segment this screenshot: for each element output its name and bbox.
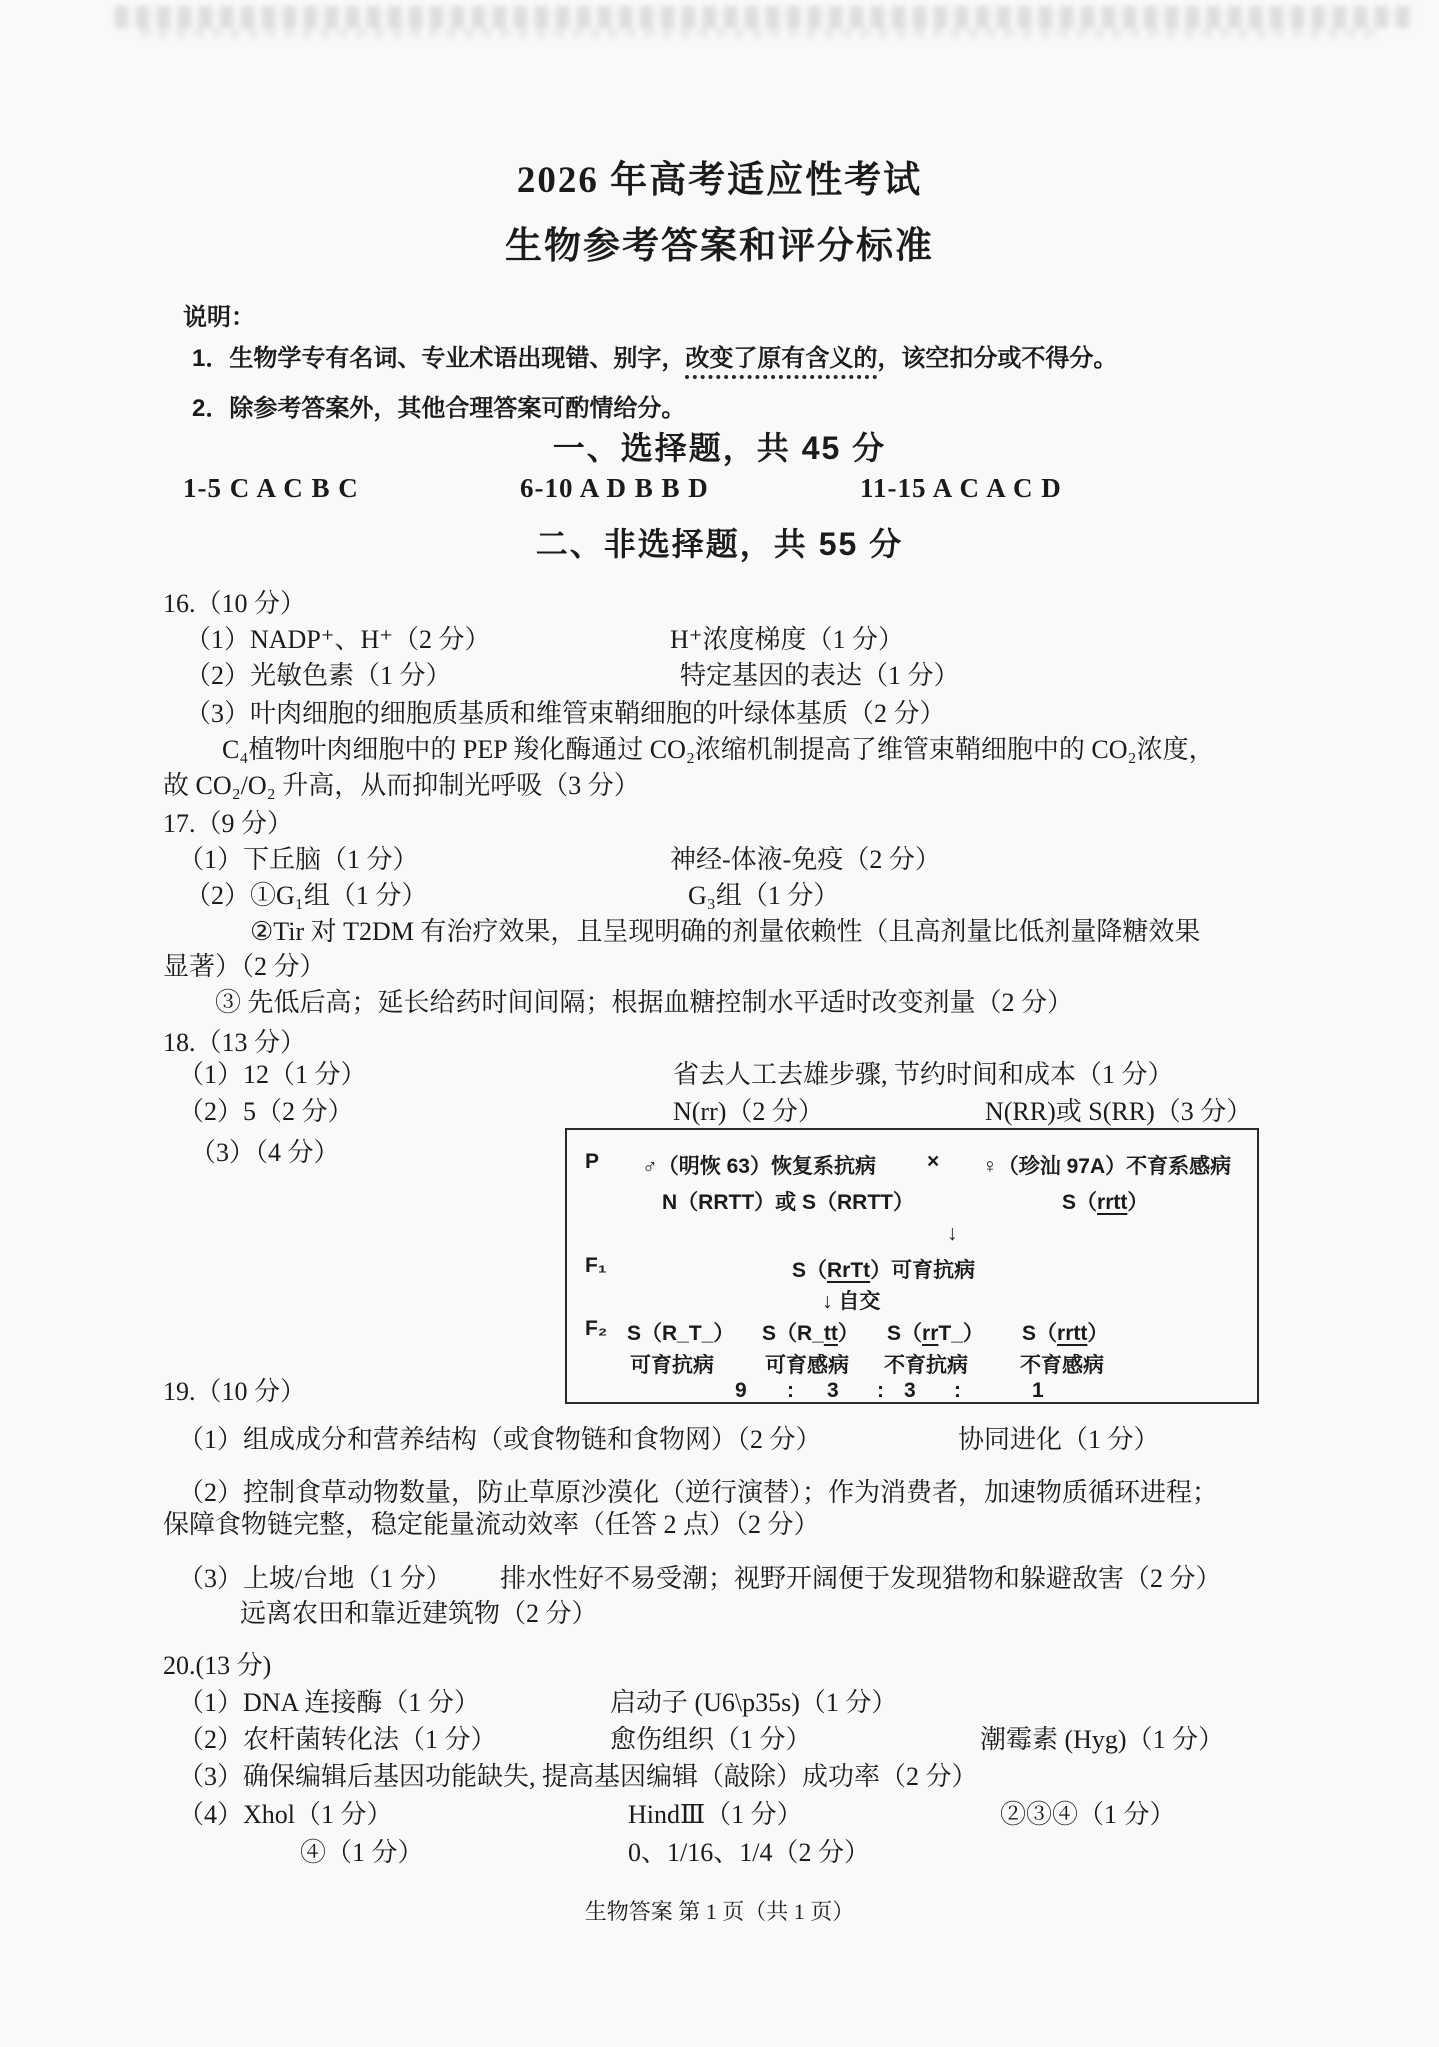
q19-label: 19.（10 分） — [163, 1376, 306, 1409]
q19-ans-1-right: 协同进化（1 分） — [958, 1424, 1160, 1457]
q20-ans-5-left: ④（1 分） — [300, 1837, 424, 1870]
ratio-colon-2: : — [877, 1379, 884, 1403]
f2-phenotype-3: 不育抗病 — [884, 1349, 968, 1379]
section-2-heading: 二、非选择题，共 55 分 — [0, 524, 1439, 564]
q20-ans-1-left: （1）DNA 连接酶（1 分） — [178, 1687, 480, 1720]
q20-ans-2-right: 潮霉素 (Hyg)（1 分） — [980, 1724, 1224, 1757]
answer-sheet-page: 2026 年高考适应性考试 生物参考答案和评分标准 说明： 1．生物学专有名词、… — [0, 0, 1439, 2047]
q19-ans-3-right: 排水性好不易受潮；视野开阔便于发现猎物和躲避敌害（2 分） — [500, 1563, 1222, 1596]
ratio-1: 1 — [1032, 1379, 1044, 1403]
ratio-9: 9 — [735, 1379, 747, 1403]
q18-ans-2-left: （2）5（2 分） — [178, 1096, 354, 1129]
q20-ans-2-mid: 愈伤组织（1 分） — [610, 1724, 812, 1757]
f1-label: F₁ — [585, 1254, 607, 1278]
f1-genotype-alleles: RrTt — [827, 1259, 870, 1282]
q16-ans-1-right: H⁺浓度梯度（1 分） — [670, 624, 904, 657]
page-title-line2: 生物参考答案和评分标准 — [0, 224, 1439, 270]
q20-ans-5-right: 0、1/16、1/4（2 分） — [628, 1837, 870, 1870]
q16-label: 16.（10 分） — [163, 588, 306, 621]
down-arrow-icon: ↓ — [947, 1222, 958, 1246]
f2-g3-post: T_） — [938, 1322, 984, 1345]
female-genotype-pre: S（ — [1062, 1191, 1097, 1214]
q16-para-line1: C₄植物叶肉细胞中的 PEP 羧化酶通过 CO₂浓缩机制提高了维管束鞘细胞中的 … — [222, 734, 1215, 767]
q20-ans-4-right: ②③④（1 分） — [1000, 1799, 1176, 1832]
q18-ans-2-right: N(RR)或 S(RR)（3 分） — [985, 1096, 1252, 1129]
q20-ans-3: （3）确保编辑后基因功能缺失, 提高基因编辑（敲除）成功率（2 分） — [178, 1761, 978, 1794]
f1-genotype-post: ）可育抗病 — [870, 1259, 975, 1282]
note-item-2: 2．除参考答案外，其他合理答案可酌情给分。 — [192, 394, 685, 424]
q17-ans-3: ③ 先低后高；延长给药时间间隔；根据血糖控制水平适时改变剂量（2 分） — [215, 987, 1073, 1020]
q16-ans-3: （3）叶肉细胞的细胞质基质和维管束鞘细胞的叶绿体基质（2 分） — [185, 698, 946, 731]
q19-ans-3-left: （3）上坡/台地（1 分） — [178, 1563, 452, 1596]
f2-genotype-4: S（rrtt） — [1022, 1317, 1108, 1347]
ratio-colon-3: : — [954, 1379, 961, 1403]
f2-g2-alleles: tt — [824, 1322, 838, 1345]
notes-heading: 说明： — [183, 303, 255, 333]
note-1-prefix: 1．生物学专有名词、专业术语出现错、别字， — [192, 345, 685, 372]
f2-g1-pre: S（R_T_） — [627, 1322, 734, 1345]
cross-p-label: P — [585, 1150, 599, 1174]
f2-g4-alleles: rrtt — [1057, 1322, 1087, 1345]
mc-answers-1-5: 1-5 C A C B C — [183, 472, 359, 506]
f2-g3-alleles: rr — [922, 1322, 938, 1345]
q17-ans-1-left: （1）下丘脑（1 分） — [178, 844, 419, 877]
section-1-heading: 一、选择题，共 45 分 — [0, 428, 1439, 468]
f2-phenotype-1: 可育抗病 — [630, 1349, 714, 1379]
mc-answers-6-10: 6-10 A D B B D — [520, 472, 709, 506]
q16-para-line2: 故 CO₂/O₂ 升高，从而抑制光呼吸（3 分） — [163, 770, 640, 803]
female-genotype: S（rrtt） — [1062, 1186, 1148, 1216]
page-title-line1: 2026 年高考适应性考试 — [0, 158, 1439, 204]
f2-phenotype-2: 可育感病 — [765, 1349, 849, 1379]
note-item-1: 1．生物学专有名词、专业术语出现错、别字，改变了原有含义的，该空扣分或不得分。 — [192, 344, 1117, 374]
mc-answers-11-15: 11-15 A C A C D — [860, 472, 1062, 506]
q19-ans-1-left: （1）组成成分和营养结构（或食物链和食物网）（2 分） — [178, 1424, 822, 1457]
f2-g4-post: ） — [1087, 1322, 1108, 1345]
q20-ans-4-left: （4）Xhol（1 分） — [178, 1799, 393, 1832]
q19-ans-2-line2: 保障食物链完整，稳定能量流动效率（任答 2 点）（2 分） — [163, 1509, 820, 1542]
male-genotype: N（RRTT）或 S（RRTT） — [662, 1186, 914, 1216]
cross-symbol: × — [927, 1150, 939, 1174]
q20-label: 20.(13 分) — [163, 1650, 271, 1683]
note-1-emphasized: 改变了原有含义的 — [685, 345, 877, 379]
q18-ans-2-mid: N(rr)（2 分） — [673, 1096, 824, 1129]
q16-ans-2-right: 特定基因的表达（1 分） — [680, 660, 960, 693]
q19-ans-3-line2: 远离农田和靠近建筑物（2 分） — [240, 1598, 598, 1631]
q18-label: 18.（13 分） — [163, 1027, 306, 1060]
q17-ans-2-left: （2）①G₁组（1 分） — [185, 880, 427, 913]
q16-ans-1-left: （1）NADP⁺、H⁺（2 分） — [185, 624, 491, 657]
q16-ans-2-left: （2）光敏色素（1 分） — [185, 660, 452, 693]
q18-ans-1-right: 省去人工去雄步骤, 节约时间和成本（1 分） — [673, 1059, 1174, 1092]
cross-female-parent: ♀（珍汕 97A）不育系感病 — [982, 1150, 1231, 1180]
f2-g4-pre: S（ — [1022, 1322, 1057, 1345]
f2-phenotype-4: 不育感病 — [1020, 1349, 1104, 1379]
scan-bleed-artifact-2 — [140, 28, 1380, 38]
f2-label: F₂ — [585, 1317, 607, 1341]
f2-genotype-3: S（rrT_） — [887, 1317, 984, 1347]
selfing-arrow: ↓ 自交 — [822, 1285, 880, 1315]
female-genotype-alleles: rrtt — [1097, 1191, 1127, 1214]
q17-label: 17.（9 分） — [163, 808, 293, 841]
f2-genotype-2: S（R_tt） — [762, 1317, 859, 1347]
q20-ans-2-left: （2）农杆菌转化法（1 分） — [178, 1724, 497, 1757]
f1-genotype: S（RrTt）可育抗病 — [792, 1254, 975, 1284]
q18-ans-3: （3）（4 分） — [190, 1137, 340, 1170]
q20-ans-1-right: 启动子 (U6\p35s)（1 分） — [610, 1687, 897, 1720]
f1-genotype-pre: S（ — [792, 1259, 827, 1282]
ratio-3b: 3 — [904, 1379, 916, 1403]
cross-male-parent: ♂（明恢 63）恢复系抗病 — [642, 1150, 876, 1180]
note-1-suffix: ，该空扣分或不得分。 — [877, 345, 1117, 372]
q20-ans-4-mid: HindⅢ（1 分） — [628, 1799, 803, 1832]
f2-g3-pre: S（ — [887, 1322, 922, 1345]
q17-para-line1: ②Tir 对 T2DM 有治疗效果，且呈现明确的剂量依赖性（且高剂量比低剂量降糖… — [250, 916, 1200, 949]
f2-g2-post: ） — [838, 1322, 859, 1345]
q17-ans-1-right: 神经-体液-免疫（2 分） — [670, 844, 941, 877]
ratio-3a: 3 — [827, 1379, 839, 1403]
genetic-cross-diagram-box: P ♂（明恢 63）恢复系抗病 × ♀（珍汕 97A）不育系感病 N（RRTT）… — [565, 1128, 1259, 1404]
q18-ans-1-left: （1）12（1 分） — [178, 1059, 367, 1092]
q17-para-line2: 显著）（2 分） — [163, 951, 326, 984]
page-footer: 生物答案 第 1 页（共 1 页） — [0, 1898, 1439, 1926]
scan-bleed-artifact — [115, 6, 1415, 28]
q19-ans-2-line1: （2）控制食草动物数量，防止草原沙漠化（逆行演替）；作为消费者，加速物质循环进程… — [178, 1477, 1218, 1510]
ratio-colon-1: : — [787, 1379, 794, 1403]
female-genotype-post: ） — [1127, 1191, 1148, 1214]
f2-g2-pre: S（R_ — [762, 1322, 824, 1345]
f2-genotype-1: S（R_T_） — [627, 1317, 734, 1347]
q17-ans-2-right: G₃组（1 分） — [688, 880, 839, 913]
